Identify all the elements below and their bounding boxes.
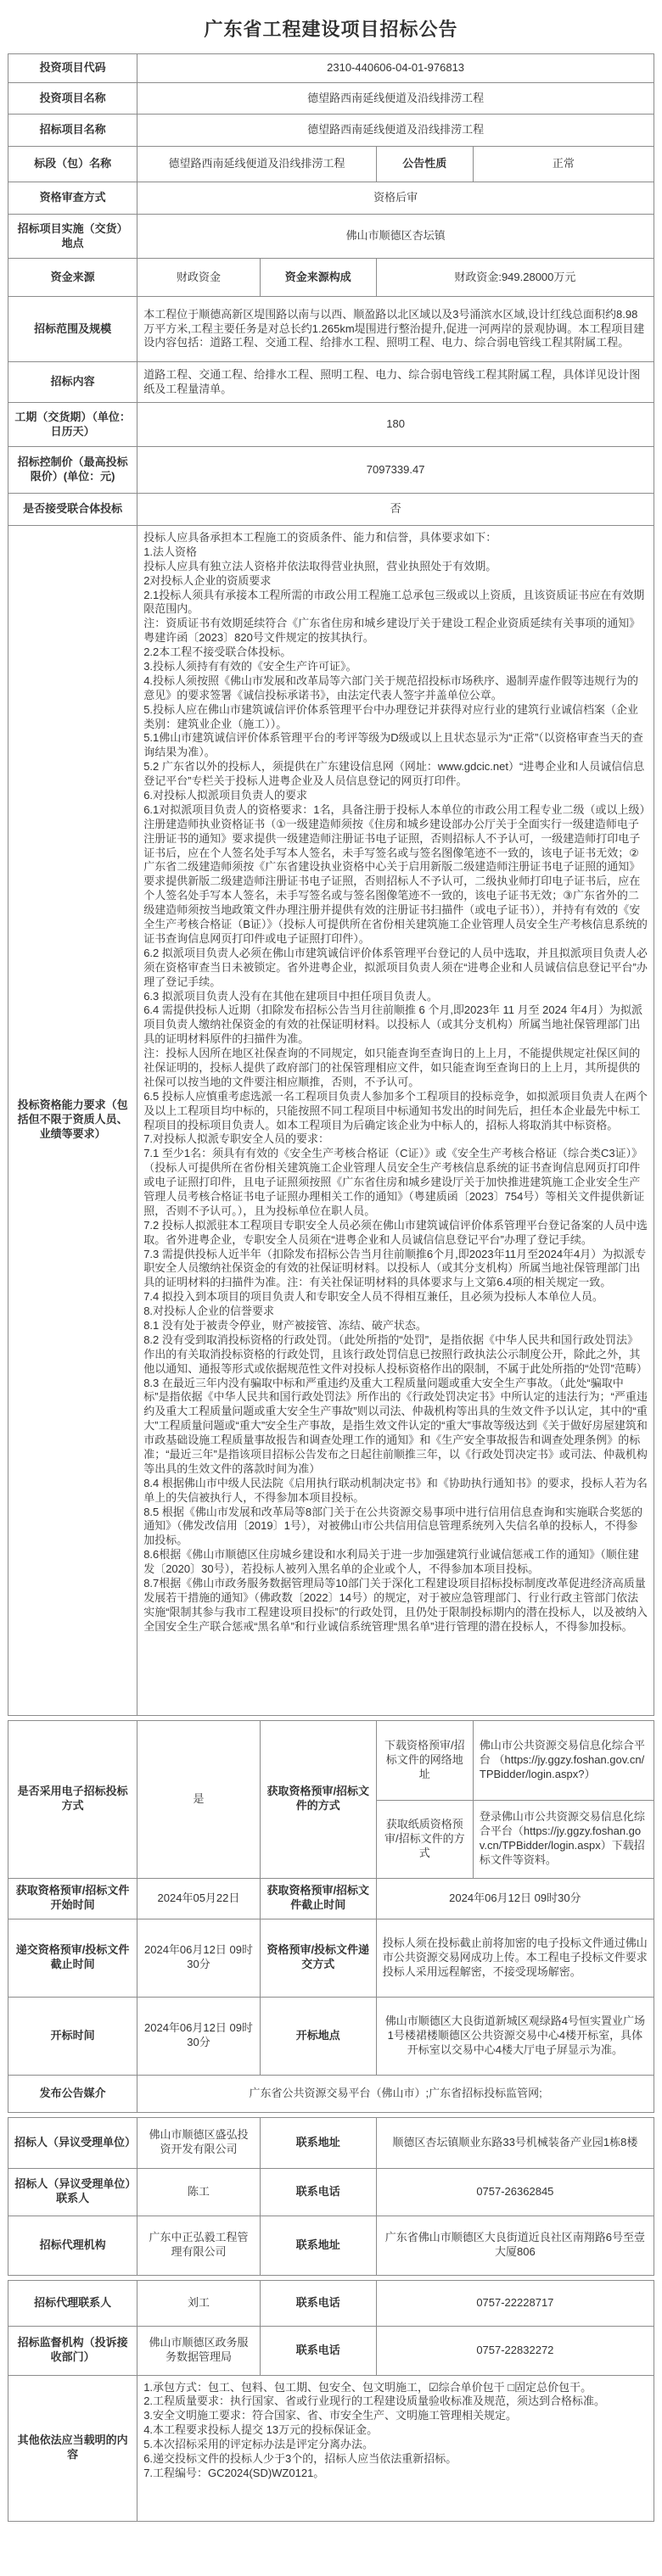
table-row: 其他依法应当载明的内容 1.承包方式：包工、包料、包工期、包安全、包文明施工，☑… bbox=[8, 2375, 654, 2521]
scope-label: 招标范围及规模 bbox=[8, 297, 137, 362]
table-row: 标段（包）名称 德望路西南延线便道及沿线排涝工程 公告性质 正常 bbox=[8, 147, 654, 182]
opening-time-value: 2024年06月12日 09时30分 bbox=[137, 1997, 261, 2075]
media-label: 发布公告媒介 bbox=[8, 2075, 137, 2112]
price-limit-label: 招标控制价（最高投标限价）(单位：元) bbox=[8, 447, 137, 494]
duration-value: 180 bbox=[137, 403, 654, 447]
table-row: 招标代理机构 广东中正弘毅工程管理有限公司 联系地址 广东省佛山市顺德区大良街道… bbox=[8, 2216, 654, 2275]
table-row: 资金来源 财政资金 资金来源构成 财政资金:949.28000万元 bbox=[8, 259, 654, 297]
supervisor-label: 招标监督机构（投诉接收部门） bbox=[8, 2326, 137, 2375]
table-row: 招标人（异议受理单位）联系人 陈工 联系电话 0757-26362845 bbox=[8, 2168, 654, 2216]
invest-name-label: 投资项目名称 bbox=[8, 83, 137, 115]
submit-deadline-label: 递交资格预审/投标文件截止时间 bbox=[8, 1919, 137, 1997]
paper-document-value: 登录佛山市公共资源交易信息化综合平台（https://jy.ggzy.fosha… bbox=[473, 1800, 654, 1878]
supervisor-value: 佛山市顺德区政务服务数据管理局 bbox=[137, 2326, 261, 2375]
funding-composition-label: 资金来源构成 bbox=[260, 259, 376, 297]
agency-phone-label: 联系电话 bbox=[260, 2280, 376, 2326]
bidding-process-table: 是否采用电子招标投标方式 是 获取资格预审/招标文件的方式 下载资格预审/招标文… bbox=[8, 1720, 654, 2113]
obtain-method-label: 获取资格预审/招标文件的方式 bbox=[260, 1720, 376, 1878]
project-code-value: 2310-440606-04-01-976813 bbox=[137, 54, 654, 83]
media-value: 广东省公共资源交易平台（佛山市）;广东省招标投标监管网; bbox=[137, 2075, 654, 2112]
table-row: 招标范围及规模 本工程位于顺德高新区堤围路以南与以西、顺盈路以北区域以及3号涌滨… bbox=[8, 297, 654, 362]
download-address-label: 下载资格预审/招标文件的网络地址 bbox=[376, 1720, 473, 1800]
electronic-bidding-value: 是 bbox=[137, 1720, 261, 1878]
agency-contact-value: 刘工 bbox=[137, 2280, 261, 2326]
consortium-value: 否 bbox=[137, 494, 654, 526]
tenderer-label: 招标人（异议受理单位） bbox=[8, 2117, 137, 2168]
opening-place-label: 开标地点 bbox=[260, 1997, 376, 2075]
tenderer-contact-label: 招标人（异议受理单位）联系人 bbox=[8, 2168, 137, 2216]
tender-content-value: 道路工程、交通工程、给排水工程、照明工程、电力、综合弱电管线工程其附属工程，具体… bbox=[137, 362, 654, 403]
tenderer-address-value: 顺德区杏坛镇顺业东路33号机械装备产业园1栋8楼 bbox=[376, 2117, 654, 2168]
submit-method-label: 资格预审/投标文件递交方式 bbox=[260, 1919, 376, 1997]
table-row: 递交资格预审/投标文件截止时间 2024年06月12日 09时30分 资格预审/… bbox=[8, 1919, 654, 1997]
agency-phone-value: 0757-22228717 bbox=[376, 2280, 654, 2326]
tender-content-label: 招标内容 bbox=[8, 362, 137, 403]
table-row: 招标监督机构（投诉接收部门） 佛山市顺德区政务服务数据管理局 联系电话 0757… bbox=[8, 2326, 654, 2375]
location-value: 佛山市顺德区杏坛镇 bbox=[137, 215, 654, 259]
table-row: 是否采用电子招标投标方式 是 获取资格预审/招标文件的方式 下载资格预审/招标文… bbox=[8, 1720, 654, 1800]
tender-name-value: 德望路西南延线便道及沿线排涝工程 bbox=[137, 115, 654, 147]
table-row: 投标资格能力要求（包括但不限于资质人员、业绩等要求） 投标人应具备承担本工程施工… bbox=[8, 526, 654, 1716]
table-row: 招标代理联系人 刘工 联系电话 0757-22228717 bbox=[8, 2280, 654, 2326]
table-row: 工期（交货期）（单位：日历天） 180 bbox=[8, 403, 654, 447]
location-label: 招标项目实施（交货）地点 bbox=[8, 215, 137, 259]
agency-contact-label: 招标代理联系人 bbox=[8, 2280, 137, 2326]
scope-value: 本工程位于顺德高新区堤围路以南与以西、顺盈路以北区域以及3号涌滨水区域,设计红线… bbox=[137, 297, 654, 362]
table-row: 招标人（异议受理单位） 佛山市顺德区盛弘投资开发有限公司 联系地址 顺德区杏坛镇… bbox=[8, 2117, 654, 2168]
submit-deadline-value: 2024年06月12日 09时30分 bbox=[137, 1919, 261, 1997]
notice-nature-label: 公告性质 bbox=[376, 147, 473, 182]
agency-address-value: 广东省佛山市顺德区大良街道近良社区南翔路6号至壹大厦806 bbox=[376, 2216, 654, 2275]
funding-source-value: 财政资金 bbox=[137, 259, 261, 297]
funding-source-label: 资金来源 bbox=[8, 259, 137, 297]
invest-name-value: 德望路西南延线便道及沿线排涝工程 bbox=[137, 83, 654, 115]
table-row: 招标项目名称 德望路西南延线便道及沿线排涝工程 bbox=[8, 115, 654, 147]
qualification-requirements-value: 投标人应具备承担本工程施工的资质条件、能力和信誉，具体要求如下： 1.法人资格 … bbox=[137, 526, 654, 1716]
contact-table-2: 招标代理联系人 刘工 联系电话 0757-22228717 招标监督机构（投诉接… bbox=[8, 2280, 654, 2522]
table-row: 投资项目代码 2310-440606-04-01-976813 bbox=[8, 54, 654, 83]
table-row: 是否接受联合体投标 否 bbox=[8, 494, 654, 526]
tender-name-label: 招标项目名称 bbox=[8, 115, 137, 147]
obtain-deadline-value: 2024年06月12日 09时30分 bbox=[376, 1878, 654, 1919]
agency-value: 广东中正弘毅工程管理有限公司 bbox=[137, 2216, 261, 2275]
tenderer-phone-value: 0757-26362845 bbox=[376, 2168, 654, 2216]
supervisor-phone-label: 联系电话 bbox=[260, 2326, 376, 2375]
duration-label: 工期（交货期）（单位：日历天） bbox=[8, 403, 137, 447]
tenderer-phone-label: 联系电话 bbox=[260, 2168, 376, 2216]
qualification-review-value: 资格后审 bbox=[137, 182, 654, 215]
agency-address-label: 联系地址 bbox=[260, 2216, 376, 2275]
opening-time-label: 开标时间 bbox=[8, 1997, 137, 2075]
table-row: 招标控制价（最高投标限价）(单位：元) 7097339.47 bbox=[8, 447, 654, 494]
submit-method-value: 投标人须在投标截止前将加密的电子投标文件通过佛山市公共资源交易网成功上传。本工程… bbox=[376, 1919, 654, 1997]
obtain-deadline-label: 获取资格预审/招标文件截止时间 bbox=[260, 1878, 376, 1919]
table-row: 招标项目实施（交货）地点 佛山市顺德区杏坛镇 bbox=[8, 215, 654, 259]
tenderer-address-label: 联系地址 bbox=[260, 2117, 376, 2168]
tenderer-value: 佛山市顺德区盛弘投资开发有限公司 bbox=[137, 2117, 261, 2168]
announcement-page: 广东省工程建设项目招标公告 投资项目代码 2310-440606-04-01-9… bbox=[0, 15, 662, 2522]
supervisor-phone-value: 0757-22832272 bbox=[376, 2326, 654, 2375]
table-row: 发布公告媒介 广东省公共资源交易平台（佛山市）;广东省招标投标监管网; bbox=[8, 2075, 654, 2112]
price-limit-value: 7097339.47 bbox=[137, 447, 654, 494]
section-label: 标段（包）名称 bbox=[8, 147, 137, 182]
section-value: 德望路西南延线便道及沿线排涝工程 bbox=[137, 147, 377, 182]
table-row: 招标内容 道路工程、交通工程、给排水工程、照明工程、电力、综合弱电管线工程其附属… bbox=[8, 362, 654, 403]
paper-document-label: 获取纸质资格预审/招标文件的方式 bbox=[376, 1800, 473, 1878]
obtain-start-label: 获取资格预审/招标文件开始时间 bbox=[8, 1878, 137, 1919]
project-code-label: 投资项目代码 bbox=[8, 54, 137, 83]
other-content-label: 其他依法应当载明的内容 bbox=[8, 2375, 137, 2521]
table-row: 开标时间 2024年06月12日 09时30分 开标地点 佛山市顺德区大良街道新… bbox=[8, 1997, 654, 2075]
qualification-requirements-label: 投标资格能力要求（包括但不限于资质人员、业绩等要求） bbox=[8, 526, 137, 1716]
table-row: 投资项目名称 德望路西南延线便道及沿线排涝工程 bbox=[8, 83, 654, 115]
funding-composition-value: 财政资金:949.28000万元 bbox=[376, 259, 654, 297]
table-row: 获取资格预审/招标文件开始时间 2024年05月22日 获取资格预审/招标文件截… bbox=[8, 1878, 654, 1919]
opening-place-value: 佛山市顺德区大良街道新城区观绿路4号恒实置业广场1号楼裙楼顺德区公共资源交易中心… bbox=[376, 1997, 654, 2075]
tenderer-contact-value: 陈工 bbox=[137, 2168, 261, 2216]
notice-nature-value: 正常 bbox=[473, 147, 654, 182]
electronic-bidding-label: 是否采用电子招标投标方式 bbox=[8, 1720, 137, 1878]
download-address-value: 佛山市公共资源交易信息化综合平台 （https://jy.ggzy.foshan… bbox=[473, 1720, 654, 1800]
agency-label: 招标代理机构 bbox=[8, 2216, 137, 2275]
page-title: 广东省工程建设项目招标公告 bbox=[0, 15, 662, 42]
other-content-value: 1.承包方式：包工、包料、包工期、包安全、包文明施工，☑综合单价包干 □固定总价… bbox=[137, 2375, 654, 2521]
table-row: 资格审查方式 资格后审 bbox=[8, 182, 654, 215]
main-info-table: 投资项目代码 2310-440606-04-01-976813 投资项目名称 德… bbox=[8, 53, 654, 1716]
consortium-label: 是否接受联合体投标 bbox=[8, 494, 137, 526]
qualification-review-label: 资格审查方式 bbox=[8, 182, 137, 215]
obtain-start-value: 2024年05月22日 bbox=[137, 1878, 261, 1919]
contact-table-1: 招标人（异议受理单位） 佛山市顺德区盛弘投资开发有限公司 联系地址 顺德区杏坛镇… bbox=[8, 2117, 654, 2276]
